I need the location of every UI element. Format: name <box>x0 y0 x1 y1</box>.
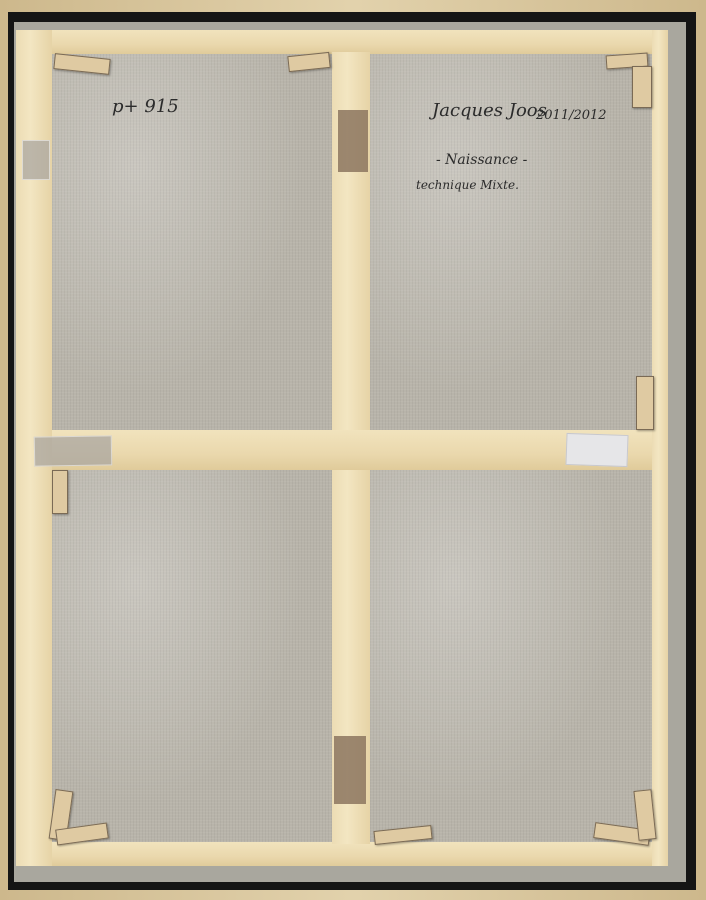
stretcher-bottom-bar <box>18 842 668 866</box>
linen-panel-bottom-right <box>370 470 652 842</box>
tape-piece <box>34 435 113 466</box>
inventory-mark: p+ 915 <box>112 96 179 117</box>
tape-piece <box>334 736 366 804</box>
stretcher-right-bar <box>652 30 668 866</box>
tape-piece <box>565 433 628 467</box>
artwork-title: - Naissance - <box>436 152 527 168</box>
linen-panel-top-left <box>52 52 332 432</box>
linen-panel-bottom-left <box>52 470 332 842</box>
tape-piece <box>338 110 368 172</box>
stretcher-top-bar <box>18 30 668 54</box>
wedge-key <box>632 66 652 108</box>
dates: 2011/2012 <box>536 108 607 123</box>
wedge-key <box>636 376 654 430</box>
artist-signature: Jacques Joos <box>432 100 547 121</box>
stretcher-horizontal-crossbar <box>52 430 652 470</box>
tape-piece <box>22 140 50 180</box>
wedge-key <box>52 470 68 514</box>
technique: technique Mixte. <box>416 178 519 192</box>
